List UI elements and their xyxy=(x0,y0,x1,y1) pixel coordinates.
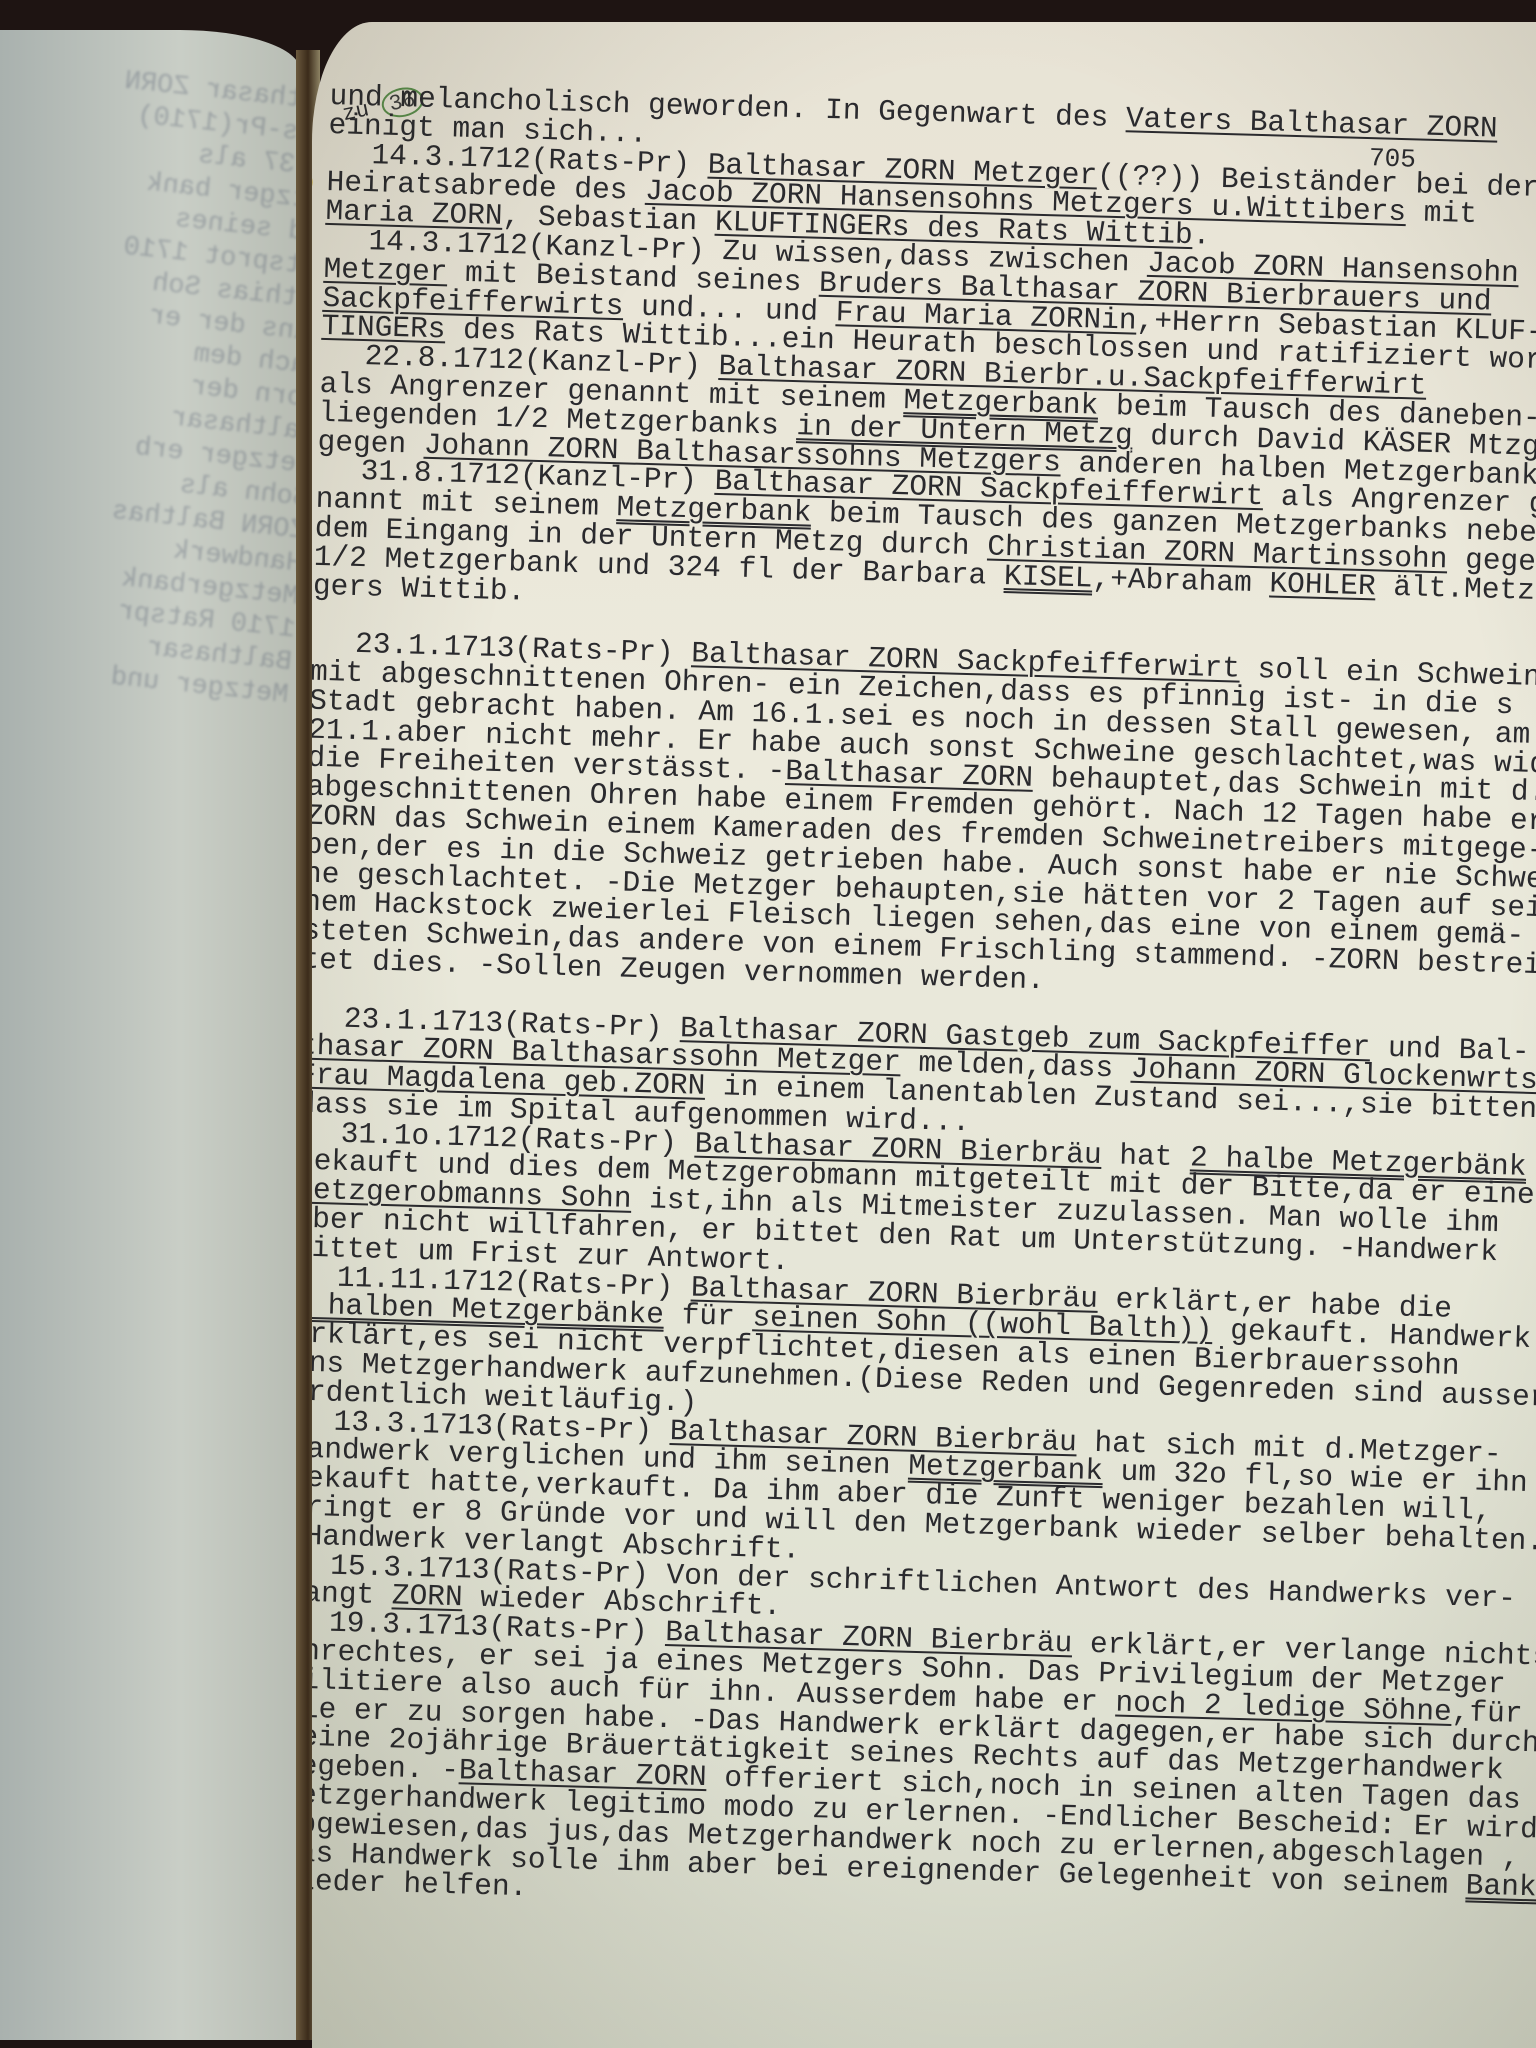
left-page-bleed-through-text: Balthasar ZORN Rats-Pr(1710) fl 37 als M… xyxy=(0,54,300,713)
double-underlined-term: Bank xyxy=(1465,1868,1536,1904)
left-page: Balthasar ZORN Rats-Pr(1710) fl 37 als M… xyxy=(0,30,300,2040)
double-underlined-term: KISEL xyxy=(1004,559,1093,595)
typewritten-text-block: und melancholisch geworden. In Gegenwart… xyxy=(312,82,1536,1930)
text-segment: mit xyxy=(1406,195,1478,231)
margin-annotation-mark xyxy=(312,169,313,196)
right-page: zu 36 705 und melancholisch geworden. In… xyxy=(312,22,1536,2048)
text-segment: wieder helfen. xyxy=(312,1864,528,1905)
